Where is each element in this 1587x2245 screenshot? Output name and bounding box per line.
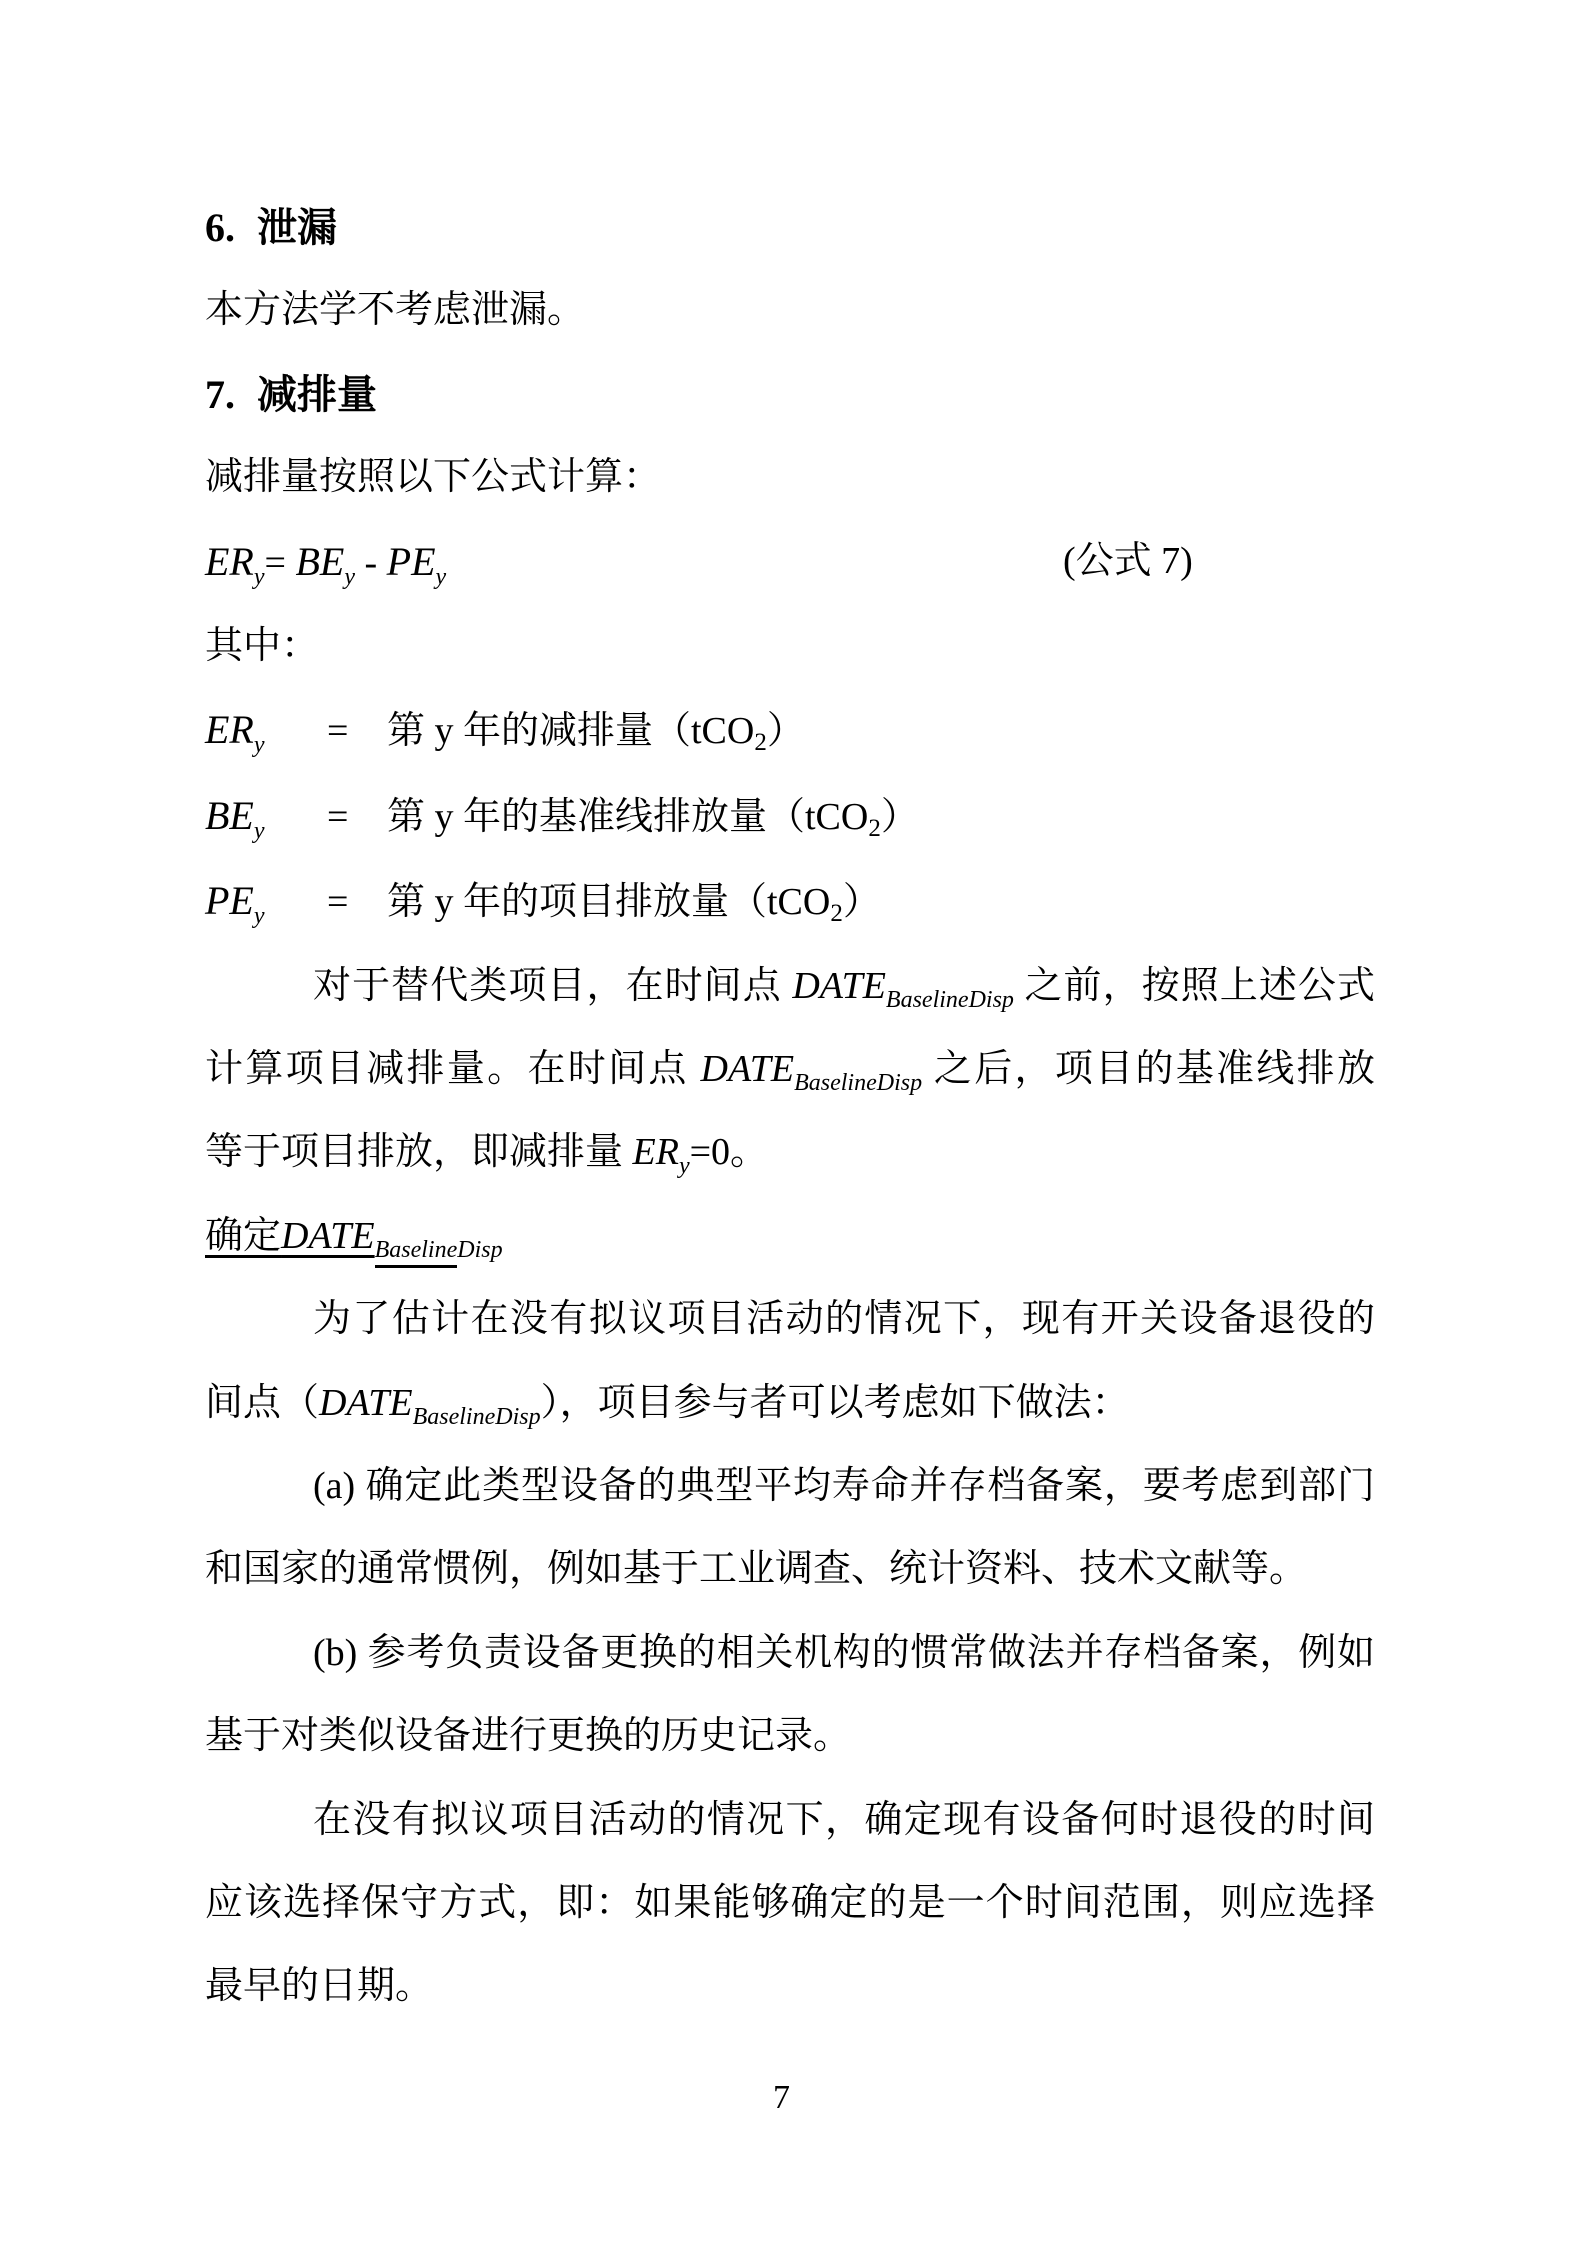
equals-sign: = <box>265 542 296 584</box>
item-b-line-2: 基于对类似设备进行更换的历史记录。 <box>205 1695 1375 1778</box>
definition-equals: = <box>327 861 387 944</box>
item-a-line-2: 和国家的通常惯例，例如基于工业调查、统计资料、技术文献等。 <box>205 1528 1375 1611</box>
definition-text: 第 y 年的基准线排放量（tCO2） <box>387 796 919 838</box>
sub-y: y <box>344 564 355 590</box>
paragraph-substitution-line-1: 对于替代类项目，在时间点 DATEBaselineDisp 之前，按照上述公式 <box>205 945 1375 1028</box>
equation-intro: 减排量按照以下公式计算： <box>205 436 1375 519</box>
var-date: DATE <box>701 1048 795 1090</box>
definition-equals: = <box>327 776 387 859</box>
paragraph-substitution-line-3: 等于项目排放，即减排量 ERy=0。 <box>205 1111 1375 1194</box>
equation-math: ERy= BEy - PEy <box>205 542 446 584</box>
sub-y: y <box>436 564 447 590</box>
sub-baselinedisp: BaselineDisp <box>794 1070 922 1096</box>
var-date: DATE <box>281 1215 375 1257</box>
sub-disp: Disp <box>457 1237 502 1263</box>
minus-sign: - <box>355 542 387 584</box>
subheading-date-baselinedisp: 确定DATEBaselineDisp <box>205 1195 1375 1278</box>
definition-row-pey: PEy=第 y 年的项目排放量（tCO2） <box>205 859 1375 944</box>
definition-text: 第 y 年的项目排放量（tCO2） <box>387 881 881 923</box>
definition-equals: = <box>327 690 387 773</box>
definition-variable: PEy <box>205 859 327 944</box>
sub-baselinedisp: BaselineDisp <box>413 1404 541 1430</box>
definition-row-bey: BEy=第 y 年的基准线排放量（tCO2） <box>205 774 1375 859</box>
section-6-number: 6. <box>205 205 235 250</box>
definition-text: 第 y 年的减排量（tCO2） <box>387 710 805 752</box>
var-er: ER <box>633 1131 679 1173</box>
paragraph-conservative-line-3: 最早的日期。 <box>205 1945 1375 2028</box>
var-date: DATE <box>319 1382 413 1424</box>
item-a-line-1: (a) 确定此类型设备的典型平均寿命并存档备案，要考虑到部门 <box>205 1445 1375 1528</box>
sub-baseline: Baseline <box>375 1237 458 1268</box>
section-7-heading: 7.减排量 <box>205 353 1375 436</box>
paragraph-conservative-line-1: 在没有拟议项目活动的情况下，确定现有设备何时退役的时间点 <box>205 1779 1375 1862</box>
paragraph-estimate-line-1: 为了估计在没有拟议项目活动的情况下，现有开关设备退役的时 <box>205 1278 1375 1361</box>
var-pe: PE <box>387 539 436 584</box>
item-b-line-1: (b) 参考负责设备更换的相关机构的惯常做法并存档备案，例如 <box>205 1612 1375 1695</box>
section-7-number: 7. <box>205 372 235 417</box>
definition-variable: ERy <box>205 688 327 773</box>
paragraph-conservative-line-2: 应该选择保守方式，即：如果能够确定的是一个时间范围，则应选择 <box>205 1862 1375 1945</box>
definition-variable: BEy <box>205 774 327 859</box>
sub-baselinedisp: BaselineDisp <box>886 987 1014 1013</box>
var-er: ER <box>205 539 254 584</box>
var-be: BE <box>295 539 344 584</box>
where-label: 其中： <box>205 605 1375 688</box>
section-6-body: 本方法学不考虑泄漏。 <box>205 269 1375 352</box>
document-page: 6.泄漏 本方法学不考虑泄漏。 7.减排量 减排量按照以下公式计算： ERy= … <box>0 0 1587 2245</box>
page-number: 7 <box>0 2078 1563 2118</box>
equation-7: ERy= BEy - PEy (公式 7) <box>205 520 1375 605</box>
section-6-heading: 6.泄漏 <box>205 186 1375 269</box>
sub-y: y <box>679 1153 690 1179</box>
paragraph-substitution-line-2: 计算项目减排量。在时间点 DATEBaselineDisp 之后，项目的基准线排… <box>205 1028 1375 1111</box>
section-7-title: 减排量 <box>257 372 377 417</box>
paragraph-estimate-line-2: 间点（DATEBaselineDisp），项目参与者可以考虑如下做法： <box>205 1362 1375 1445</box>
var-date: DATE <box>792 965 886 1007</box>
sub-y: y <box>254 564 265 590</box>
definition-row-ery: ERy=第 y 年的减排量（tCO2） <box>205 688 1375 773</box>
equation-label: (公式 7) <box>1063 520 1193 603</box>
document-content: 6.泄漏 本方法学不考虑泄漏。 7.减排量 减排量按照以下公式计算： ERy= … <box>205 186 1375 2029</box>
section-6-title: 泄漏 <box>257 205 337 250</box>
